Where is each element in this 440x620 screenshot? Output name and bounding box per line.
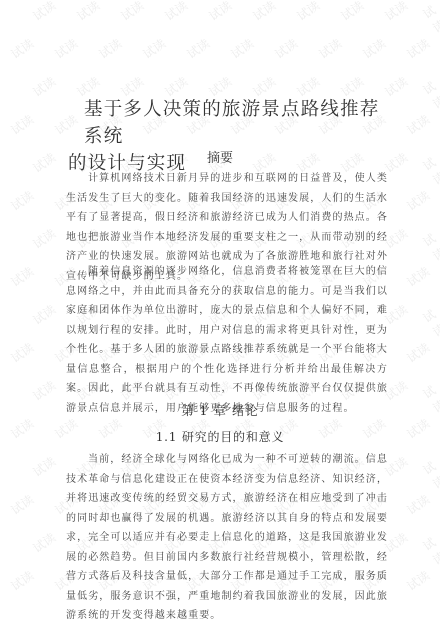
chapter-heading: 第 1 章 绪论 bbox=[0, 401, 440, 419]
section-paragraph-1: 当前，经济全球化与网络化已成为一种不可逆转的潮流。信息技术革命与信息化建设正在使… bbox=[66, 450, 388, 620]
section-heading: 1.1 研究的目的和意义 bbox=[0, 428, 440, 445]
abstract-heading: 摘要 bbox=[0, 147, 440, 166]
section-paragraph-1-text: 当前，经济全球化与网络化已成为一种不可逆转的潮流。信息技术革命与信息化建设正在使… bbox=[66, 454, 388, 620]
abstract-paragraph-2: 随着信息资源的逐步网络化，信息消费者将被笼罩在巨大的信息网络之中，并由此而具备充… bbox=[66, 262, 388, 418]
title-line-1: 基于多人决策的旅游景点路线推荐系统 bbox=[68, 96, 388, 150]
document-page: 基于多人决策的旅游景点路线推荐系统 的设计与实现 摘要 计算机网络技术日新月异的… bbox=[0, 0, 440, 620]
abstract-paragraph-2-text: 随着信息资源的逐步网络化，信息消费者将被笼罩在巨大的信息网络之中，并由此而具备充… bbox=[66, 266, 388, 414]
